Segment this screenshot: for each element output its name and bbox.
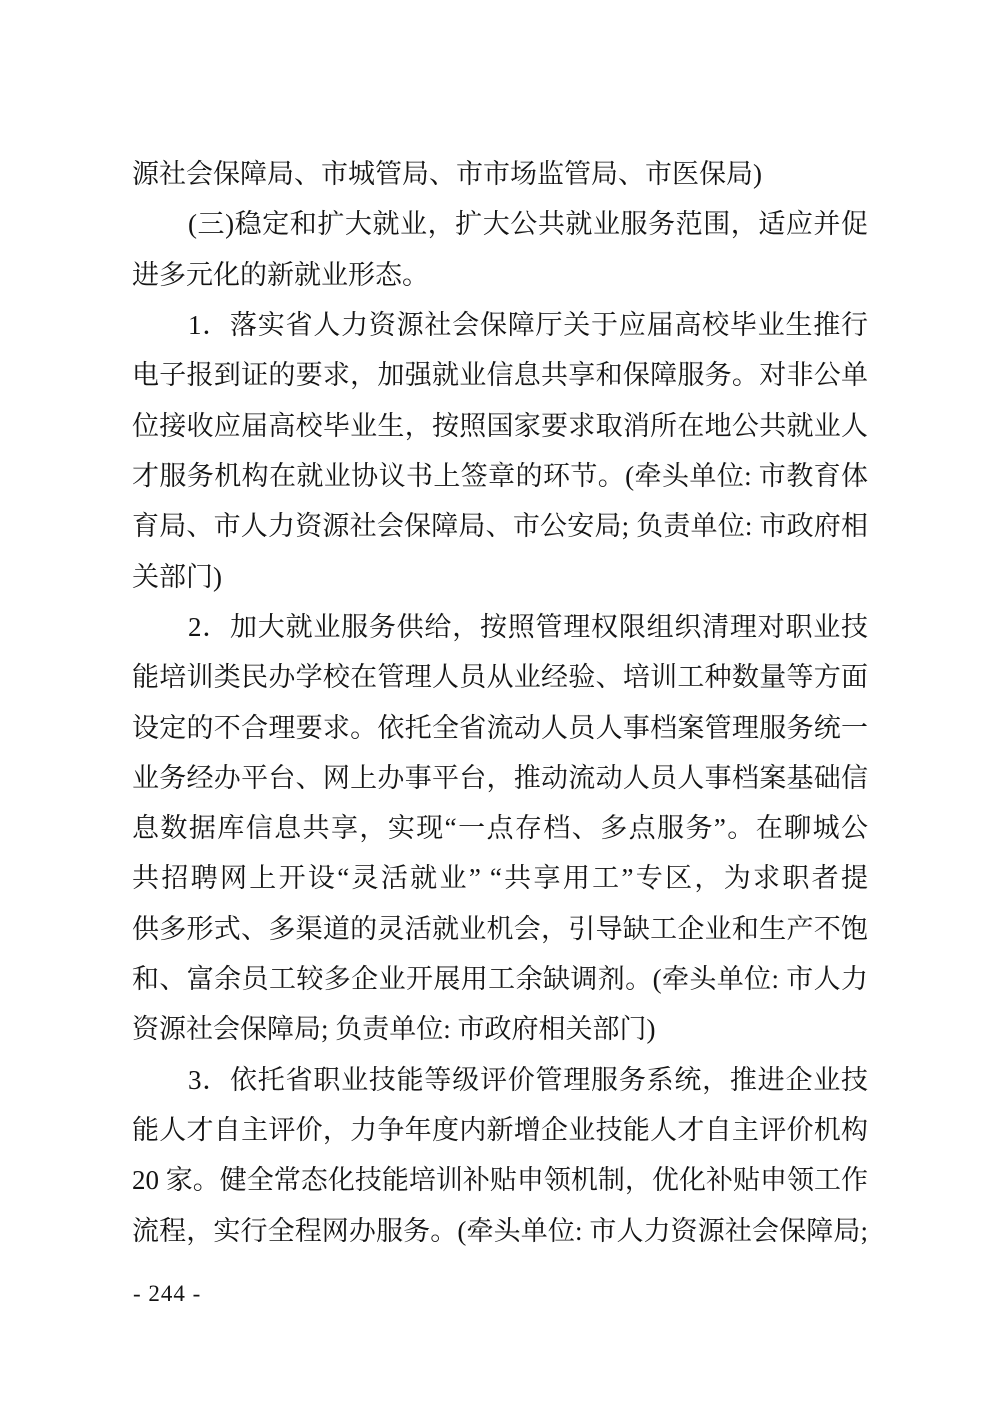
text-line: 业务经办平台、网上办事平台，推动流动人员人事档案基础信 — [132, 753, 868, 803]
text-line: 才服务机构在就业协议书上签章的环节。(牵头单位: 市教育体 — [132, 451, 868, 501]
text-line: 息数据库信息共享，实现“一点存档、多点服务”。在聊城公 — [132, 803, 868, 853]
text-line: 3．依托省职业技能等级评价管理服务系统，推进企业技 — [132, 1055, 868, 1105]
text-line: 能培训类民办学校在管理人员从业经验、培训工种数量等方面 — [132, 652, 868, 702]
text-line: 资源社会保障局; 负责单位: 市政府相关部门) — [132, 1004, 868, 1054]
text-line: 源社会保障局、市城管局、市市场监管局、市医保局) — [132, 149, 868, 199]
text-line: 和、富余员工较多企业开展用工余缺调剂。(牵头单位: 市人力 — [132, 954, 868, 1004]
text-line: 1．落实省人力资源社会保障厅关于应届高校毕业生推行 — [132, 300, 868, 350]
text-line: 进多元化的新就业形态。 — [132, 250, 868, 300]
text-line: (三)稳定和扩大就业，扩大公共就业服务范围，适应并促 — [132, 199, 868, 249]
text-line: 关部门) — [132, 552, 868, 602]
document-body: 源社会保障局、市城管局、市市场监管局、市医保局)(三)稳定和扩大就业，扩大公共就… — [0, 0, 1000, 1414]
text-line: 电子报到证的要求，加强就业信息共享和保障服务。对非公单 — [132, 350, 868, 400]
text-line: 位接收应届高校毕业生，按照国家要求取消所在地公共就业人 — [132, 401, 868, 451]
document-page: 源社会保障局、市城管局、市市场监管局、市医保局)(三)稳定和扩大就业，扩大公共就… — [0, 0, 1000, 1414]
text-line: 20 家。健全常态化技能培训补贴申领机制，优化补贴申领工作 — [132, 1155, 868, 1205]
text-line: 设定的不合理要求。依托全省流动人员人事档案管理服务统一 — [132, 703, 868, 753]
text-line: 育局、市人力资源社会保障局、市公安局; 负责单位: 市政府相 — [132, 501, 868, 551]
text-line: 2．加大就业服务供给，按照管理权限组织清理对职业技 — [132, 602, 868, 652]
text-line: 能人才自主评价，力争年度内新增企业技能人才自主评价机构 — [132, 1105, 868, 1155]
text-line: 流程，实行全程网办服务。(牵头单位: 市人力资源社会保障局; — [132, 1206, 868, 1256]
text-line: 供多形式、多渠道的灵活就业机会，引导缺工企业和生产不饱 — [132, 904, 868, 954]
page-number: - 244 - — [133, 1278, 201, 1310]
text-line: 共招聘网上开设“灵活就业” “共享用工”专区，为求职者提 — [132, 853, 868, 903]
